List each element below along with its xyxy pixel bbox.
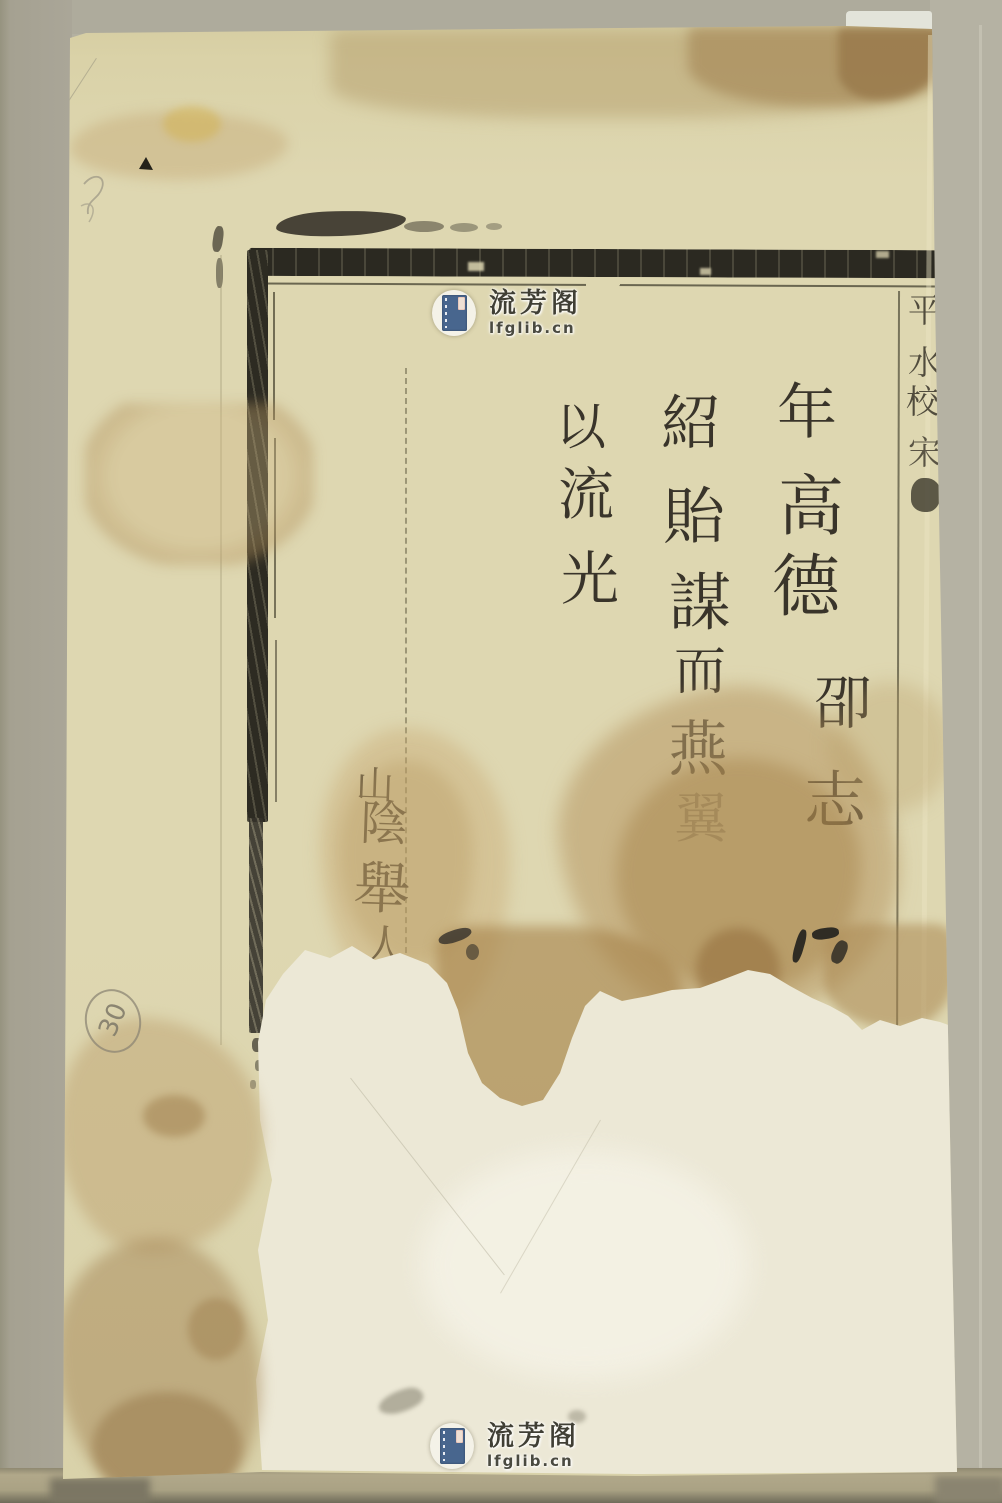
- calligraphy-char: 燕: [668, 720, 728, 780]
- ink-speck-triangle: [139, 157, 153, 170]
- torn-ink-stroke-3: [829, 938, 851, 965]
- stain-bottom-left-2: [56, 1238, 261, 1503]
- stain-top-band: [330, 30, 942, 118]
- torn-ink-stroke-4: [437, 925, 473, 947]
- torn-ink-stroke-5: [466, 944, 479, 960]
- frame-left-inner-line-3: [275, 640, 277, 802]
- background-left-strip: [0, 0, 72, 1503]
- pencil-number: 30: [93, 999, 134, 1041]
- calligraphy-char: 卲: [814, 674, 872, 732]
- stain-tear-right: [824, 924, 956, 1029]
- stain-top-right: [688, 26, 940, 106]
- calligraphy-char: 以: [556, 402, 606, 452]
- calligraphy-char: 光: [561, 550, 619, 608]
- ink-smear-trail-2: [450, 223, 478, 232]
- under-leaf-edge: [220, 255, 222, 1045]
- margin-char: 校: [906, 385, 939, 418]
- calligraphy-char: 志: [804, 770, 866, 832]
- torn-ink-stroke-1: [790, 928, 808, 963]
- calligraphy-char: 德: [772, 554, 840, 622]
- calligraphy-char: 翼: [674, 792, 728, 846]
- frame-top-border: [249, 248, 937, 278]
- ink-fragment-1: [211, 225, 225, 252]
- frame-left-border-lower: [249, 818, 263, 1033]
- calligraphy-char: 貽: [663, 486, 725, 548]
- torn-ink-stroke-2: [811, 926, 839, 941]
- background-seam-line: [979, 25, 982, 1475]
- ink-smear-trail-1: [404, 221, 444, 232]
- calligraphy-char: 紹: [661, 394, 721, 454]
- frame-left-speck-3: [250, 1080, 256, 1089]
- frame-top-inner-line: [262, 283, 937, 288]
- frame-left-inner-line-2: [274, 438, 276, 618]
- frame-left-border: [247, 250, 268, 822]
- calligraphy-char: 高: [778, 474, 844, 540]
- ink-smear-trail-3: [486, 223, 502, 230]
- calligraphy-char: 而: [674, 646, 726, 698]
- pencil-scribble: [74, 170, 134, 228]
- frame-left-inner-line-1: [273, 292, 275, 420]
- signature-char: 陰: [359, 799, 409, 849]
- manuscript-page: 年 高 德 卲 志 紹 貽 謀 而 燕 翼 以 流 光 山 陰 舉 人 平 水 …: [0, 0, 1002, 1503]
- calligraphy-char: 年: [777, 383, 837, 443]
- stain-yellow-spot: [163, 106, 221, 142]
- calligraphy-char: 流: [558, 468, 614, 524]
- stain-bottom-left-spot-1: [143, 1095, 205, 1137]
- signature-char: 舉: [353, 861, 411, 919]
- frame-right-inner-line: [896, 291, 900, 1079]
- stain-top-right-dark: [838, 28, 938, 100]
- scanned-manuscript-photo: 年 高 德 卲 志 紹 貽 謀 而 燕 翼 以 流 光 山 陰 舉 人 平 水 …: [0, 0, 1002, 1503]
- calligraphy-char: 謀: [669, 572, 731, 634]
- torn-white-area: [0, 0, 1002, 1503]
- stain-bottom-left-spot-2: [188, 1298, 244, 1360]
- margin-char: 宋: [908, 436, 941, 469]
- pencil-circle: 30: [79, 984, 147, 1058]
- stain-left-mid: [85, 403, 313, 565]
- stain-bottom-left-1: [58, 1018, 263, 1253]
- ink-smear: [276, 209, 407, 239]
